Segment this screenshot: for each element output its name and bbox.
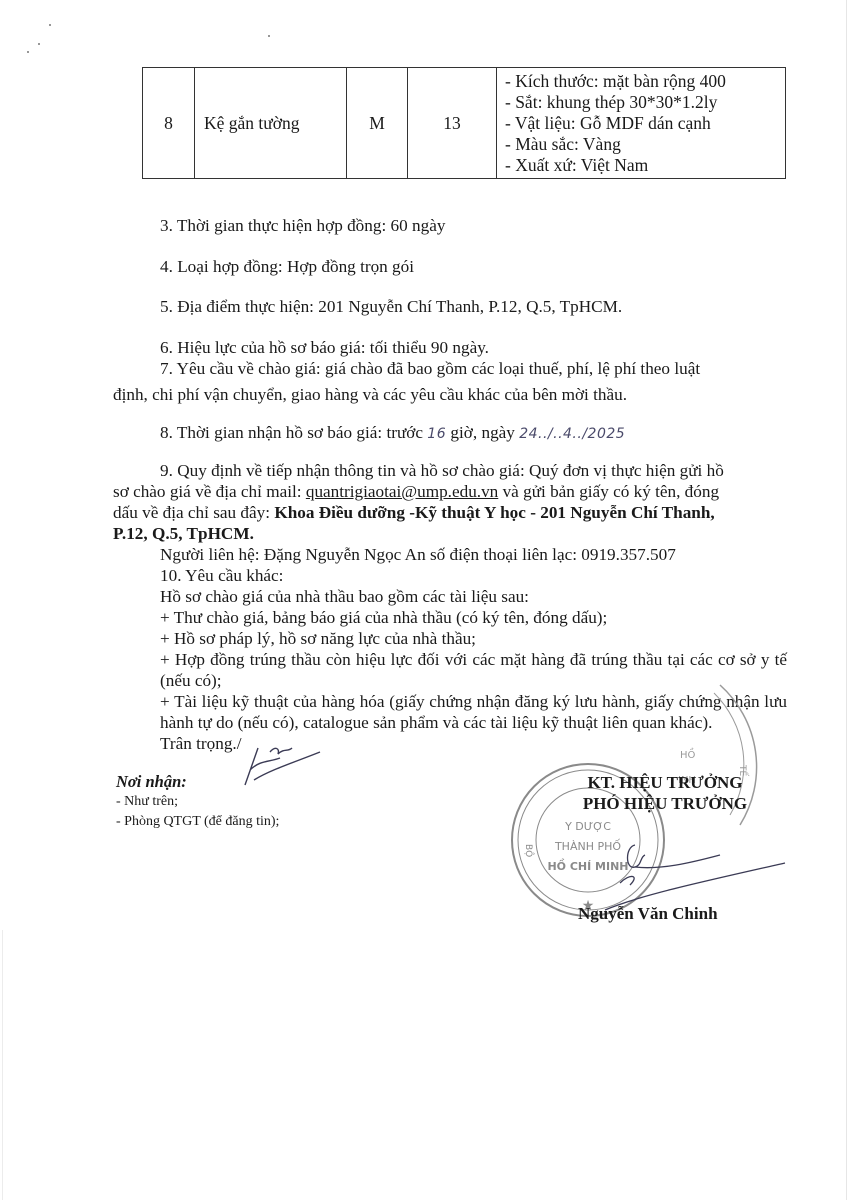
table-row: 8 Kệ gắn tường M 13 - Kích thước: mặt bà…	[143, 68, 786, 179]
signature-block: KT. HIỆU TRƯỞNG PHÓ HIỆU TRƯỞNG	[540, 772, 790, 814]
recipient-item: - Phòng QTGT (để đăng tin);	[116, 812, 279, 832]
scan-speck	[49, 24, 51, 26]
signature-title: KT. HIỆU TRƯỞNG	[540, 772, 790, 793]
item-table: 8 Kệ gắn tường M 13 - Kích thước: mặt bà…	[142, 67, 786, 179]
requirement-item: + Hồ sơ pháp lý, hồ sơ năng lực của nhà …	[113, 628, 793, 649]
section-7: 7. Yêu cầu về chào giá: giá chào đã bao …	[113, 358, 793, 405]
cell-specs: - Kích thước: mặt bàn rộng 400 - Sắt: kh…	[497, 68, 786, 179]
email-link[interactable]: quantrigiaotai@ump.edu.vn	[306, 482, 498, 501]
section-5: 5. Địa điểm thực hiện: 201 Nguyễn Chí Th…	[113, 296, 793, 317]
spec-line: - Màu sắc: Vàng	[505, 134, 785, 155]
initial-signature-icon	[240, 740, 330, 790]
section-8: 8. Thời gian nhận hồ sơ báo giá: trước 1…	[113, 422, 793, 445]
svg-text:BỘ: BỘ	[523, 844, 535, 857]
cell-stt: 8	[143, 68, 195, 179]
address-bold: P.12, Q.5, TpHCM.	[113, 523, 793, 544]
requirement-item: + Thư chào giá, bảng báo giá của nhà thầ…	[113, 607, 793, 628]
recipient-item: - Như trên;	[116, 792, 279, 812]
scan-speck	[268, 35, 270, 37]
section-4: 4. Loại hợp đồng: Hợp đồng trọn gói	[113, 256, 793, 277]
s8-prefix: 8. Thời gian nhận hồ sơ báo giá: trước	[160, 423, 427, 442]
signer-name: Nguyễn Văn Chinh	[578, 904, 718, 924]
spec-line: - Xuất xứ: Việt Nam	[505, 155, 785, 176]
cell-name: Kệ gắn tường	[195, 68, 347, 179]
cell-unit: M	[347, 68, 408, 179]
address-bold: Khoa Điều dưỡng -Kỹ thuật Y học - 201 Ng…	[274, 503, 714, 522]
contact-line: Người liên hệ: Đặng Nguyễn Ngọc An số đi…	[113, 544, 793, 565]
section-9: 9. Quy định về tiếp nhận thông tin và hồ…	[113, 460, 793, 565]
spec-line: - Sắt: khung thép 30*30*1.2ly	[505, 92, 785, 113]
page-edge	[2, 930, 3, 1200]
svg-text:HỒ: HỒ	[680, 747, 696, 761]
spec-line: - Kích thước: mặt bàn rộng 400	[505, 71, 785, 92]
page-edge	[846, 0, 847, 1200]
scan-speck	[38, 43, 40, 45]
signature-icon	[600, 825, 790, 915]
handwritten-hour: 16	[427, 426, 446, 442]
spec-line: - Vật liệu: Gỗ MDF dán cạnh	[505, 113, 785, 134]
section-6: 6. Hiệu lực của hồ sơ báo giá: tối thiểu…	[113, 337, 793, 358]
s8-mid: giờ, ngày	[446, 423, 519, 442]
section-3: 3. Thời gian thực hiện hợp đồng: 60 ngày	[113, 215, 793, 236]
handwritten-date: 24../..4../2025	[519, 426, 625, 442]
signature-title: PHÓ HIỆU TRƯỞNG	[540, 793, 790, 814]
scan-speck	[27, 51, 29, 53]
cell-quantity: 13	[408, 68, 497, 179]
